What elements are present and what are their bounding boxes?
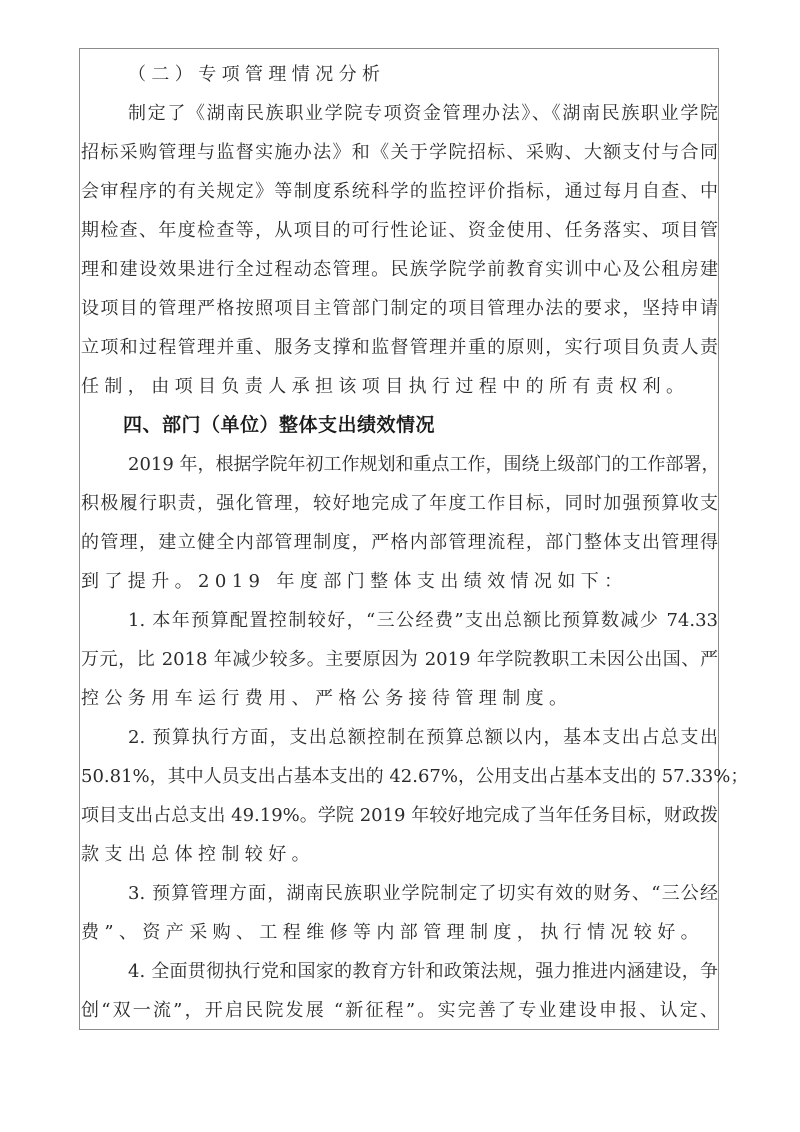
list-item-1-line: 控公务用车运行费用、严格公务接待管理制度。 <box>81 679 718 718</box>
paragraph-line: 招标采购管理与监督实施办法》和《关于学院招标、采购、大额支付与合同 <box>81 133 718 172</box>
list-item-4-line: 创“双一流”，开启民院发展 “新征程”。实完善了专业建设申报、认定、 <box>81 991 718 1030</box>
list-item-2-line: 款支出总体控制较好。 <box>81 835 718 874</box>
paragraph-line: 到了提升。2019 年度部门整体支出绩效情况如下： <box>81 562 718 601</box>
document-body: （二）专项管理情况分析 制定了《湖南民族职业学院专项资金管理办法》、《湖南民族职… <box>81 55 718 1030</box>
list-item-1-line: 万元，比 2018 年减少较多。主要原因为 2019 年学院教职工未因公出国、严 <box>81 640 718 679</box>
list-item-3-line: 3. 预算管理方面，湖南民族职业学院制定了切实有效的财务、“三公经 <box>81 874 718 913</box>
section-heading: 四、部门（单位）整体支出绩效情况 <box>81 406 718 445</box>
paragraph-line: 制定了《湖南民族职业学院专项资金管理办法》、《湖南民族职业学院 <box>81 94 718 133</box>
list-item-2-line: 50.81%，其中人员支出占基本支出的 42.67%，公用支出占基本支出的 57… <box>81 757 718 796</box>
list-item-2-line: 2. 预算执行方面，支出总额控制在预算总额以内，基本支出占总支出 <box>81 718 718 757</box>
list-item-2-line: 项目支出占总支出 49.19%。学院 2019 年较好地完成了当年任务目标，财政… <box>81 796 718 835</box>
paragraph-line: 理和建设效果进行全过程动态管理。民族学院学前教育实训中心及公租房建 <box>81 250 718 289</box>
list-item-3-line: 费”、资产采购、工程维修等内部管理制度，执行情况较好。 <box>81 913 718 952</box>
section-subheading: （二）专项管理情况分析 <box>81 55 718 94</box>
paragraph-line: 期检查、年度检查等，从项目的可行性论证、资金使用、任务落实、项目管 <box>81 211 718 250</box>
paragraph-line: 任制，由项目负责人承担该项目执行过程中的所有责权利。 <box>81 367 718 406</box>
paragraph-line: 2019 年，根据学院年初工作规划和重点工作，围绕上级部门的工作部署， <box>81 445 718 484</box>
list-item-1-line: 1. 本年预算配置控制较好，“三公经费”支出总额比预算数减少 74.33 <box>81 601 718 640</box>
list-item-4-line: 4. 全面贯彻执行党和国家的教育方针和政策法规，强力推进内涵建设，争 <box>81 952 718 991</box>
paragraph-line: 积极履行职责，强化管理，较好地完成了年度工作目标，同时加强预算收支 <box>81 484 718 523</box>
paragraph-line: 会审程序的有关规定》等制度系统科学的监控评价指标，通过每月自查、中 <box>81 172 718 211</box>
paragraph-line: 立项和过程管理并重、服务支撑和监督管理并重的原则，实行项目负责人责 <box>81 328 718 367</box>
paragraph-line: 的管理，建立健全内部管理制度，严格内部管理流程，部门整体支出管理得 <box>81 523 718 562</box>
paragraph-line: 设项目的管理严格按照项目主管部门制定的项目管理办法的要求，坚持申请 <box>81 289 718 328</box>
